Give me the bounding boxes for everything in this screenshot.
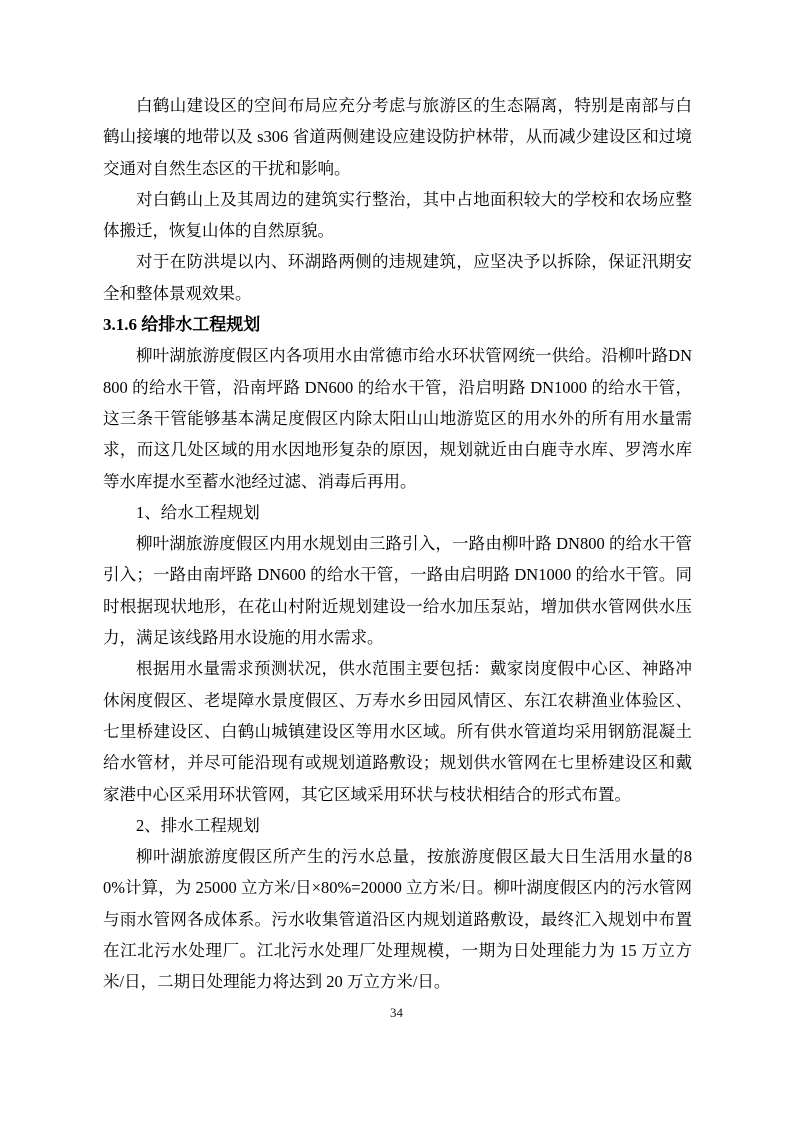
paragraph: 白鹤山建设区的空间布局应充分考虑与旅游区的生态隔离，特别是南部与白鹤山接壤的地带…	[103, 90, 692, 184]
paragraph: 根据用水量需求预测状况，供水范围主要包括：戴家岗度假中心区、神路冲休闲度假区、老…	[103, 653, 692, 809]
paragraph: 柳叶湖旅游度假区内各项用水由常德市给水环状管网统一供给。沿柳叶路DN800 的给…	[103, 340, 692, 496]
sub-heading: 2、排水工程规划	[103, 810, 692, 841]
paragraph: 柳叶湖旅游度假区内用水规划由三路引入，一路由柳叶路 DN800 的给水干管引入；…	[103, 528, 692, 653]
document-page: 白鹤山建设区的空间布局应充分考虑与旅游区的生态隔离，特别是南部与白鹤山接壤的地带…	[0, 0, 793, 1122]
paragraph: 对白鹤山上及其周边的建筑实行整治，其中占地面积较大的学校和农场应整体搬迁，恢复山…	[103, 184, 692, 247]
paragraph: 柳叶湖旅游度假区所产生的污水总量，按旅游度假区最大日生活用水量的80%计算，为 …	[103, 841, 692, 997]
page-number: 34	[0, 1005, 793, 1021]
page-content: 白鹤山建设区的空间布局应充分考虑与旅游区的生态隔离，特别是南部与白鹤山接壤的地带…	[103, 90, 692, 998]
section-heading: 3.1.6 给排水工程规划	[103, 309, 692, 340]
paragraph: 对于在防洪堤以内、环湖路两侧的违规建筑，应坚决予以拆除，保证汛期安全和整体景观效…	[103, 246, 692, 309]
sub-heading: 1、给水工程规划	[103, 497, 692, 528]
